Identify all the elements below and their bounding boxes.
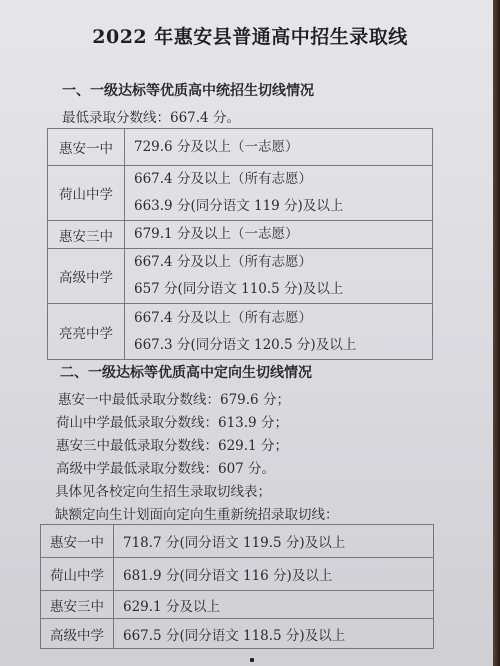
cutoff-cell: 679.1 分及以上（一志愿） [125,221,433,249]
document-title: 2022 年惠安县普通高中招生录取线 [0,22,500,49]
section2-line: 惠安一中最低录取分数线：679.6 分； [58,388,290,408]
cutoff-line: 663.9 分(同分语文 119 分)及以上 [134,193,422,220]
cutoff-line: 667.4 分及以上（所有志愿） [134,249,422,276]
school-name: 亮亮中学 [48,304,125,360]
cutoff-line: 667.3 分(同分语文 120.5 分)及以上 [134,332,422,359]
school-name: 荷山中学 [48,166,125,221]
table-row: 荷山中学 681.9 分(同分语文 116 分)及以上 [41,558,434,591]
school-name: 惠安一中 [41,525,114,558]
cutoff-line: 667.4 分及以上（所有志愿） [134,305,422,332]
cutoff-line: 657 分(同分语文 110.5 分)及以上 [134,276,422,303]
table-row: 惠安三中 629.1 分及以上 [41,591,434,619]
cutoff-cell: 667.5 分(同分语文 118.5 分)及以上 [114,619,434,649]
table-row: 荷山中学 667.4 分及以上（所有志愿） 663.9 分(同分语文 119 分… [48,166,433,221]
table-row: 亮亮中学 667.4 分及以上（所有志愿） 667.3 分(同分语文 120.5… [48,304,433,360]
table-row: 惠安一中 718.7 分(同分语文 119.5 分)及以上 [41,525,434,558]
section2-line: 高级中学最低录取分数线：607 分。 [56,457,275,477]
section2-table: 惠安一中 718.7 分(同分语文 119.5 分)及以上 荷山中学 681.9… [40,524,434,649]
photo-edge-shadow [493,0,500,666]
cutoff-line: 729.6 分及以上（一志愿） [134,134,422,161]
school-name: 高级中学 [48,249,125,304]
cutoff-cell: 667.4 分及以上（所有志愿） 663.9 分(同分语文 119 分)及以上 [125,166,433,221]
section2-line: 荷山中学最低录取分数线：613.9 分； [56,411,288,431]
cutoff-cell: 729.6 分及以上（一志愿） [125,129,433,166]
table-row: 高级中学 667.4 分及以上（所有志愿） 657 分(同分语文 110.5 分… [48,249,433,304]
cutoff-cell: 718.7 分(同分语文 119.5 分)及以上 [114,525,434,558]
table-row: 惠安一中 729.6 分及以上（一志愿） [48,129,433,166]
cutoff-line: 667.4 分及以上（所有志愿） [134,166,422,193]
school-name: 惠安三中 [41,591,114,619]
section2-heading: 二、一级达标等优质高中定向生切线情况 [60,362,312,382]
school-name: 荷山中学 [41,558,114,591]
table-row: 高级中学 667.5 分(同分语文 118.5 分)及以上 [41,619,434,649]
cutoff-cell: 681.9 分(同分语文 116 分)及以上 [114,558,434,591]
section2-line: 具体见各校定向生招生录取切线表； [55,480,271,500]
table-row: 惠安三中 679.1 分及以上（一志愿） [48,221,433,249]
page-dot [250,658,254,662]
school-name: 高级中学 [41,619,114,649]
section1-heading: 一、一级达标等优质高中统招生切线情况 [62,80,314,100]
cutoff-cell: 667.4 分及以上（所有志愿） 657 分(同分语文 110.5 分)及以上 [125,249,433,304]
cutoff-cell: 629.1 分及以上 [114,591,434,619]
school-name: 惠安一中 [48,129,125,166]
section2-line: 惠安三中最低录取分数线：629.1 分； [56,434,288,454]
section1-min-line: 最低录取分数线：667.4 分。 [62,106,240,126]
section1-table: 惠安一中 729.6 分及以上（一志愿） 荷山中学 667.4 分及以上（所有志… [47,128,433,360]
school-name: 惠安三中 [48,221,125,249]
cutoff-cell: 667.4 分及以上（所有志愿） 667.3 分(同分语文 120.5 分)及以… [125,304,433,360]
cutoff-line: 679.1 分及以上（一志愿） [134,221,422,248]
section2-line: 缺额定向生计划面向定向生重新统招录取切线： [55,503,339,523]
